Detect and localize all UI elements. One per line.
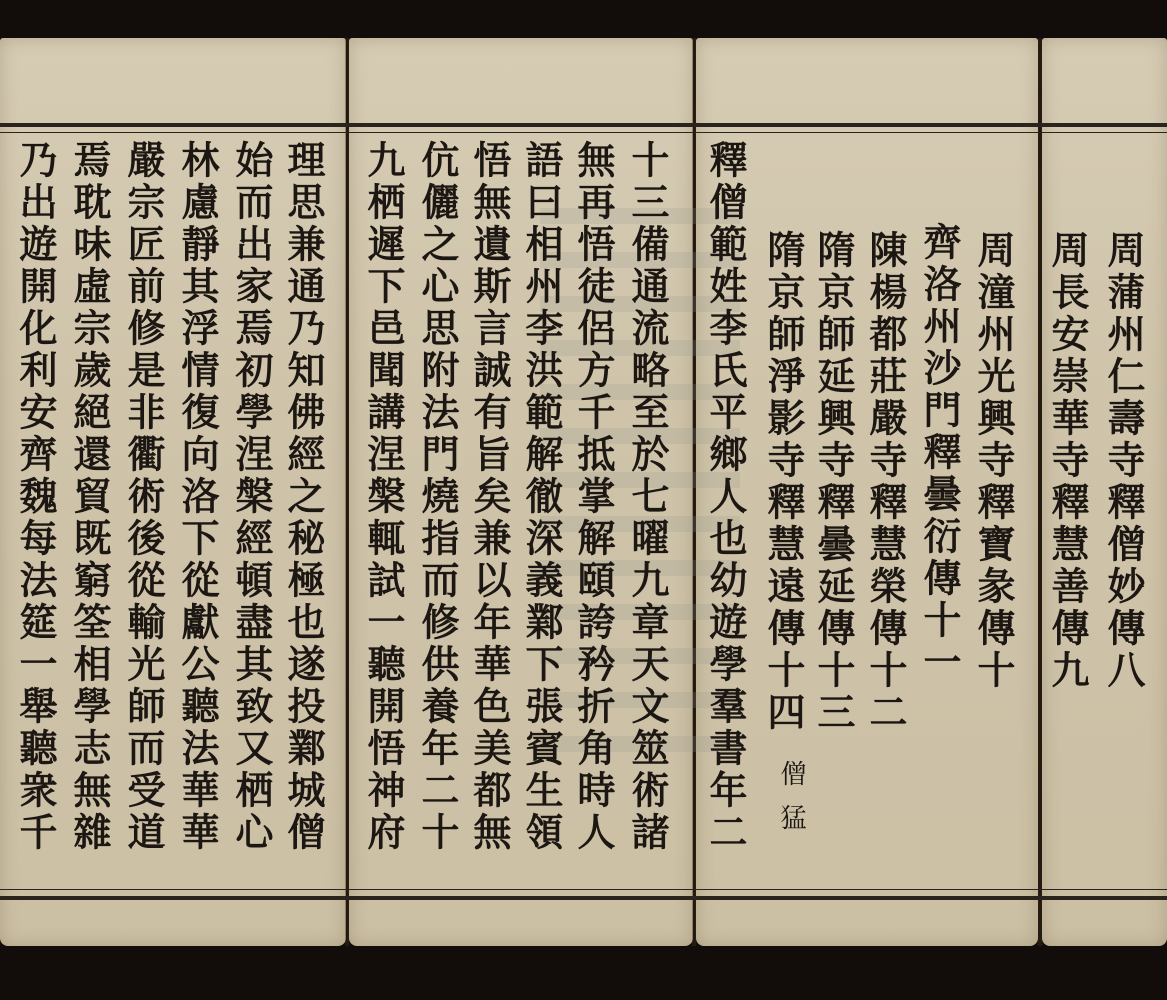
text-column: 十三備通流略至於七曜九章天文筮術諸 [628, 140, 666, 854]
text-column: 釋僧範姓李氏平鄉人也幼遊學羣書年二 [706, 140, 744, 854]
top-border-rule-thin [0, 132, 1167, 133]
bottom-border-rule-thin [0, 889, 1167, 890]
text-column: 隋京師淨影寺釋慧遠傳十四 [764, 230, 802, 734]
book-spread: 周蒲州仁壽寺釋僧妙傳八 周長安崇華寺釋慧善傳九 周潼州光興寺釋寶彖傳十 齊洛州沙… [0, 0, 1167, 1000]
text-column: 理思兼通乃知佛經之秘極也遂投鄴城僧 [284, 140, 322, 854]
text-column: 焉耽味虛宗歲絕還貿既窮筌相學志無雜 [70, 140, 108, 854]
text-column: 嚴宗匠前修是非衢術後從輸光師而受道 [124, 140, 162, 854]
text-column: 隋京師延興寺釋曇延傳十三 [814, 230, 852, 734]
text-column: 語曰相州李洪範解徹深義鄴下張賓生領 [522, 140, 560, 854]
interlinear-note: 僧猛 [778, 760, 804, 848]
text-column: 伉儷之心思附法門燒指而修供養年二十 [418, 140, 456, 854]
top-border-rule [0, 123, 1167, 127]
page-fold [345, 38, 349, 946]
text-column: 陳楊都莊嚴寺釋慧榮傳十二 [866, 230, 904, 734]
text-column: 齊洛州沙門釋曇衍傳十一 [920, 222, 958, 684]
text-column: 林慮靜其浮情復向洛下從獻公聽法華華 [178, 140, 216, 854]
text-column: 周長安崇華寺釋慧善傳九 [1048, 230, 1086, 692]
text-column: 九栖遲下邑聞講涅槃輒試一聽開悟神府 [364, 140, 402, 854]
text-column: 周潼州光興寺釋寶彖傳十 [974, 230, 1012, 692]
bottom-border-rule [0, 896, 1167, 900]
text-column: 悟無遺斯言誠有旨矣兼以年華色美都無 [470, 140, 508, 854]
text-column: 始而出家焉初學涅槃經頓盡其致又栖心 [232, 140, 270, 854]
text-column: 周蒲州仁壽寺釋僧妙傳八 [1104, 230, 1142, 692]
page-fold [1038, 38, 1042, 946]
text-column: 乃出遊開化利安齊魏每法筵一舉聽衆千 [16, 140, 54, 854]
text-column: 無再悟徒侶方千抵掌解頤誇矜折角時人 [574, 140, 612, 854]
page-fold [692, 38, 696, 946]
